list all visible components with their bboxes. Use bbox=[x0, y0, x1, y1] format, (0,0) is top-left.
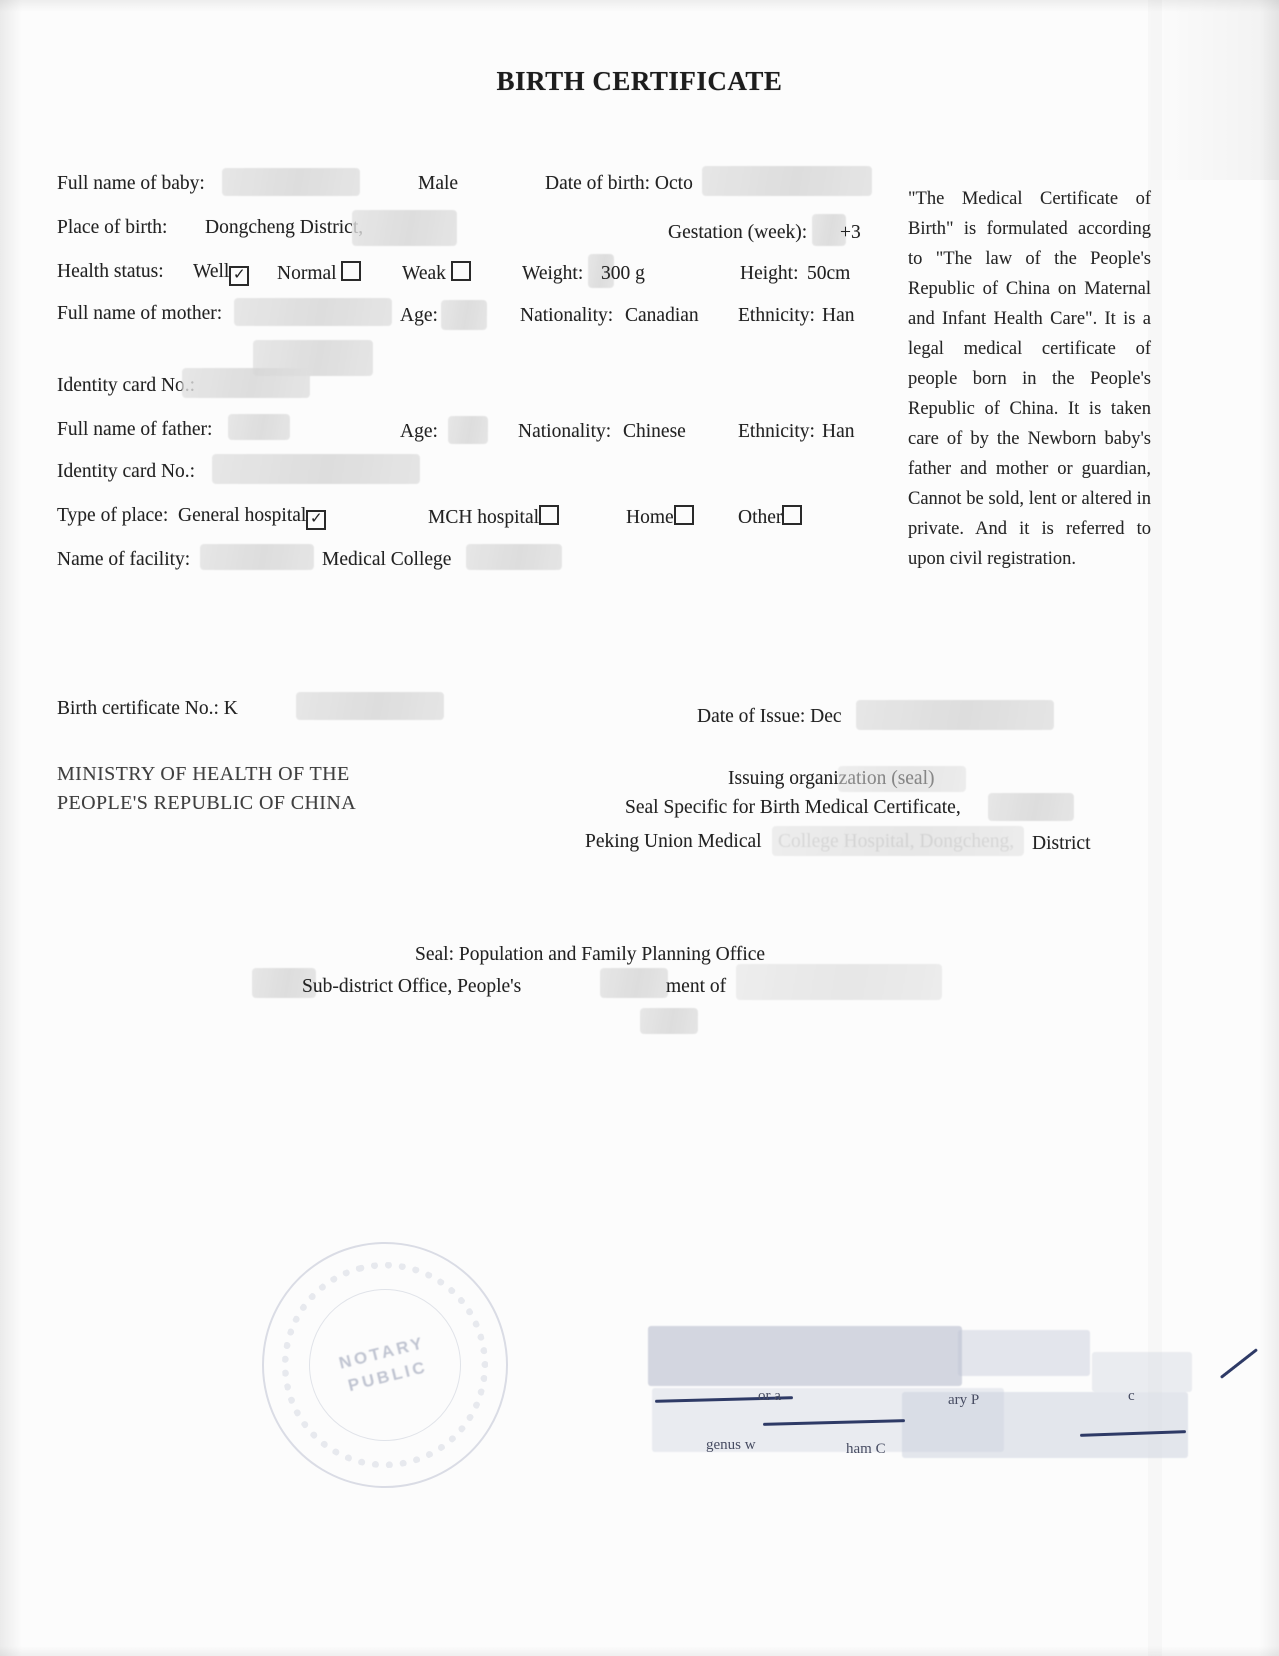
health-weak-label: Weak bbox=[402, 263, 446, 284]
checkbox-unchecked-icon bbox=[451, 261, 471, 281]
check-glyph: ✓ bbox=[310, 511, 323, 527]
checkbox-unchecked-icon bbox=[674, 505, 694, 525]
legal-notice: "The Medical Certificate of Birth" is fo… bbox=[908, 184, 1151, 574]
family-planning-line-2-pre: Sub-district Office, People's bbox=[302, 976, 521, 998]
redaction-mother-age bbox=[441, 300, 487, 330]
weight-label: Weight: bbox=[522, 263, 583, 285]
signature-text-fragment-5: ham C bbox=[846, 1441, 886, 1458]
mch-hospital-label: MCH hospital bbox=[428, 507, 539, 528]
father-id-label: Identity card No.: bbox=[57, 461, 195, 483]
redaction-mother-name bbox=[234, 298, 392, 326]
height-label: Height: bbox=[740, 263, 799, 285]
other-label: Other bbox=[738, 507, 782, 528]
home-label: Home bbox=[626, 507, 674, 528]
type-option-general-hospital: General hospital✓ bbox=[178, 505, 326, 530]
health-well-label: Well bbox=[193, 261, 229, 282]
hospital-name-post: District bbox=[1032, 833, 1091, 855]
mother-ethnicity-label: Ethnicity: bbox=[738, 305, 815, 327]
seal-specific-line: Seal Specific for Birth Medical Certific… bbox=[625, 797, 961, 819]
place-of-birth-value: Dongcheng District, bbox=[205, 217, 363, 239]
father-nationality-label: Nationality: bbox=[518, 421, 611, 443]
redaction-mother-id bbox=[182, 368, 310, 398]
checkbox-checked-icon: ✓ bbox=[306, 510, 326, 530]
redaction-baby-name bbox=[222, 168, 360, 196]
signature-text-fragment-1: or a bbox=[758, 1388, 781, 1405]
notary-seal-stamp: NOTARY PUBLIC bbox=[236, 1216, 534, 1514]
ministry-line-2: PEOPLE'S REPUBLIC OF CHINA bbox=[57, 792, 356, 815]
facility-value: Medical College bbox=[322, 549, 451, 571]
signature-text-fragment-4: genus w bbox=[706, 1437, 756, 1454]
redaction-father-name bbox=[228, 414, 290, 440]
redaction-date-of-issue bbox=[856, 700, 1054, 730]
redaction-father-age bbox=[448, 416, 488, 444]
seal-center-text: NOTARY PUBLIC bbox=[236, 1216, 534, 1514]
redaction-place-of-birth bbox=[352, 210, 457, 246]
health-option-weak: Weak bbox=[402, 261, 471, 285]
father-name-label: Full name of father: bbox=[57, 419, 212, 441]
father-nationality-value: Chinese bbox=[623, 421, 686, 443]
type-of-place-label: Type of place: bbox=[57, 505, 168, 527]
redaction-father-id bbox=[212, 454, 420, 484]
family-planning-line-1: Seal: Population and Family Planning Off… bbox=[415, 944, 765, 966]
scan-edge-right bbox=[1259, 0, 1279, 1656]
checkbox-unchecked-icon bbox=[539, 505, 559, 525]
redaction-certificate-number bbox=[296, 692, 444, 720]
scan-edge-bottom bbox=[0, 1646, 1279, 1656]
redaction-signature-1 bbox=[648, 1326, 962, 1386]
redaction-seal-specific bbox=[988, 793, 1074, 821]
mother-ethnicity-value: Han bbox=[822, 305, 855, 327]
mother-id-label: Identity card No.: bbox=[57, 375, 195, 397]
scan-edge-left bbox=[0, 0, 22, 1656]
page-title: BIRTH CERTIFICATE bbox=[0, 66, 1279, 97]
general-hospital-label: General hospital bbox=[178, 505, 306, 526]
place-of-birth-label: Place of birth: bbox=[57, 217, 167, 239]
checkbox-unchecked-icon bbox=[341, 261, 361, 281]
father-ethnicity-value: Han bbox=[822, 421, 855, 443]
redaction-issuing-organization bbox=[838, 766, 966, 792]
father-ethnicity-label: Ethnicity: bbox=[738, 421, 815, 443]
weight-value: 300 g bbox=[601, 263, 645, 285]
height-value: 50cm bbox=[807, 263, 850, 285]
redaction-date-of-birth bbox=[702, 166, 872, 196]
redaction-signature-2 bbox=[958, 1330, 1090, 1376]
redaction-subdistrict-2 bbox=[600, 968, 668, 998]
health-status-label: Health status: bbox=[57, 261, 164, 283]
signature-text-fragment-3: c bbox=[1128, 1388, 1135, 1405]
health-option-well: Well✓ bbox=[193, 261, 249, 286]
redaction-signature-5 bbox=[902, 1392, 1188, 1458]
gestation-value: +3 bbox=[840, 222, 861, 244]
signature-stroke-4 bbox=[1220, 1348, 1258, 1379]
ministry-line-1: MINISTRY OF HEALTH OF THE bbox=[57, 763, 350, 786]
redaction-facility-2 bbox=[466, 544, 562, 570]
redaction-subdistrict-3 bbox=[736, 964, 942, 1000]
type-option-home: Home bbox=[626, 505, 694, 529]
signature-text-fragment-2: ary P bbox=[948, 1392, 979, 1409]
facility-label: Name of facility: bbox=[57, 549, 190, 571]
father-age-label: Age: bbox=[400, 421, 438, 443]
mother-nationality-value: Canadian bbox=[625, 305, 699, 327]
redaction-hospital-name bbox=[772, 826, 1024, 856]
type-option-mch-hospital: MCH hospital bbox=[428, 505, 559, 529]
scan-edge-top bbox=[0, 0, 1279, 12]
checkbox-unchecked-icon bbox=[782, 505, 802, 525]
check-glyph: ✓ bbox=[233, 267, 246, 283]
redaction-signature-3 bbox=[1092, 1352, 1192, 1392]
mother-nationality-label: Nationality: bbox=[520, 305, 613, 327]
date-of-issue: Date of Issue: Dec bbox=[697, 706, 842, 728]
sex-value: Male bbox=[418, 173, 458, 195]
baby-name-label: Full name of baby: bbox=[57, 173, 205, 195]
gestation-label: Gestation (week): bbox=[668, 222, 807, 244]
certificate-number: Birth certificate No.: K bbox=[57, 698, 238, 720]
mother-age-label: Age: bbox=[400, 305, 438, 327]
birth-certificate-page: BIRTH CERTIFICATE Full name of baby: Mal… bbox=[0, 0, 1279, 1656]
date-of-birth: Date of birth: Octo bbox=[545, 173, 693, 195]
family-planning-line-2-mid: ment of bbox=[666, 976, 726, 998]
redaction-facility-1 bbox=[200, 544, 314, 570]
type-option-other: Other bbox=[738, 505, 802, 529]
health-normal-label: Normal bbox=[277, 263, 337, 284]
mother-name-label: Full name of mother: bbox=[57, 303, 222, 325]
redaction-subdistrict-4 bbox=[640, 1008, 698, 1034]
health-option-normal: Normal bbox=[277, 261, 361, 285]
checkbox-checked-icon: ✓ bbox=[229, 266, 249, 286]
hospital-name-pre: Peking Union Medical bbox=[585, 831, 762, 853]
